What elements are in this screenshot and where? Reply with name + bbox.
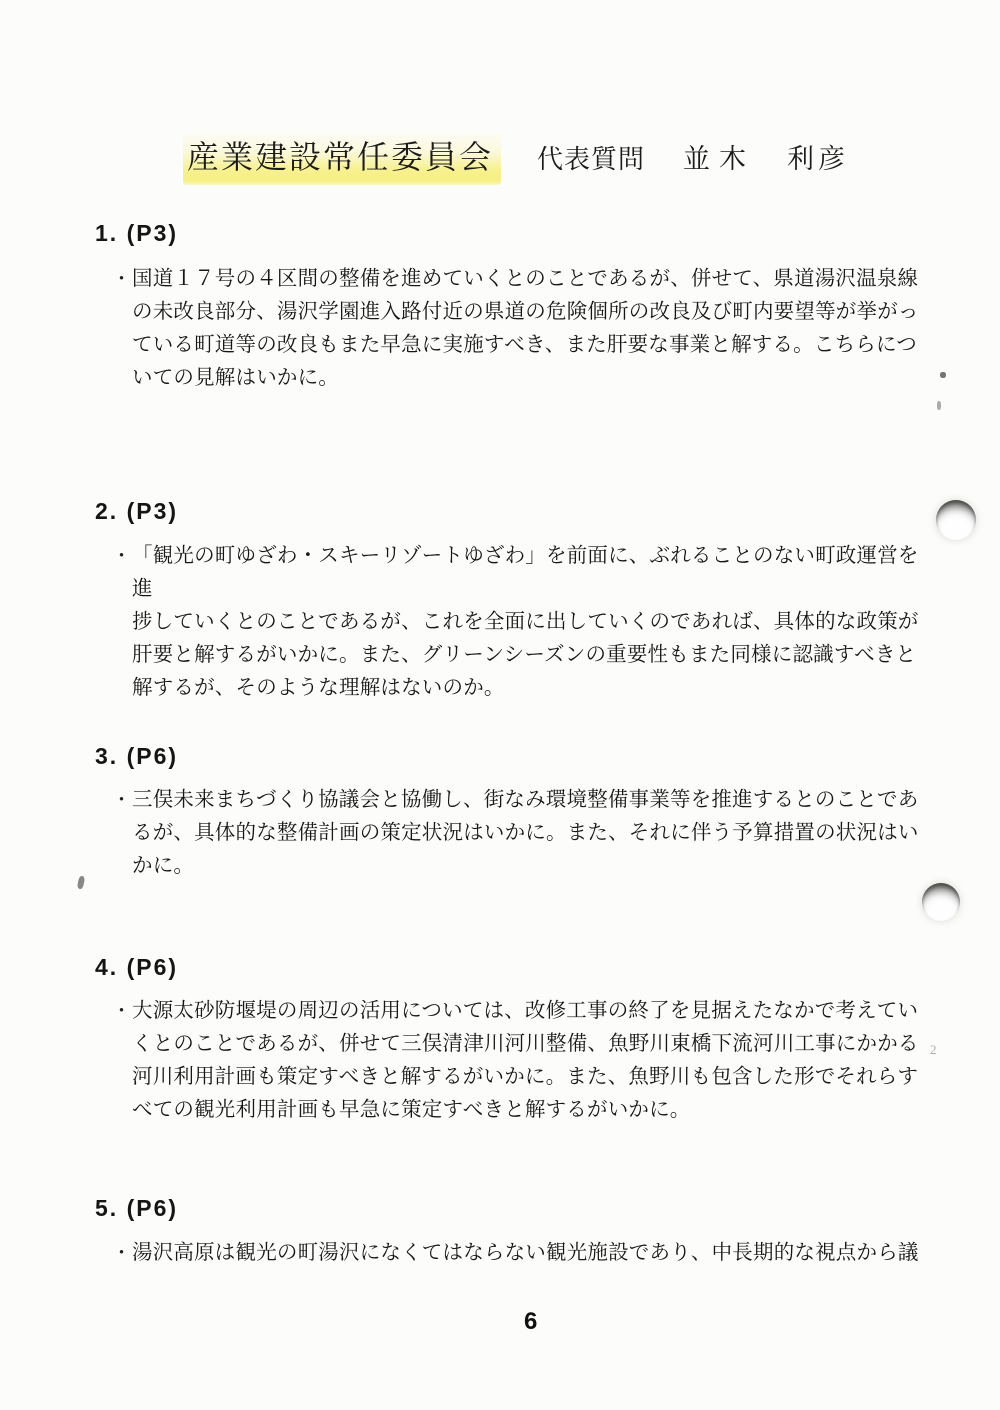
scan-speck [77, 876, 86, 890]
section-3-heading: 3. (P6) [95, 743, 178, 770]
section-2-heading: 2. (P3) [95, 498, 178, 525]
page-number: 6 [524, 1308, 537, 1336]
section-5-paragraph: ・ 湯沢高原は観光の町湯沢になくてはならない観光施設であり、中長期的な視点から議 [112, 1237, 927, 1270]
faint-margin-mark: 2 [930, 1042, 937, 1058]
section-5-heading: 5. (P6) [95, 1195, 178, 1222]
section-5-text: 湯沢高原は観光の町湯沢になくてはならない観光施設であり、中長期的な視点から議 [132, 1237, 927, 1270]
section-4-text: 大源太砂防堰堤の周辺の活用については、改修工事の終了を見据えたなかで考えてい く… [132, 995, 927, 1127]
section-3-text: 三俣未来まちづくり協議会と協働し、街なみ環境整備事業等を推進するとのことであ る… [132, 784, 927, 883]
section-4-paragraph: ・ 大源太砂防堰堤の周辺の活用については、改修工事の終了を見据えたなかで考えてい… [112, 995, 927, 1127]
bullet-marker: ・ [112, 1237, 132, 1270]
section-2-text: 「観光の町ゆざわ・スキーリゾートゆざわ」を前面に、ぶれることのない町政運営を進 … [132, 540, 927, 705]
scan-speck [940, 372, 946, 378]
question-type-label: 代表質問 [537, 139, 645, 176]
section-3-paragraph: ・ 三俣未来まちづくり協議会と協働し、街なみ環境整備事業等を推進するとのことであ… [112, 784, 927, 883]
bullet-marker: ・ [112, 784, 132, 817]
section-2-paragraph: ・ 「観光の町ゆざわ・スキーリゾートゆざわ」を前面に、ぶれることのない町政運営を… [112, 540, 927, 705]
section-1-text: 国道１７号の４区間の整備を進めていくとのことであるが、併せて、県道湯沢温泉線 の… [132, 263, 927, 395]
punch-hole-artifact [936, 500, 976, 540]
speaker-family-name: 並木 [683, 137, 755, 176]
document-header: 産業建設常任委員会 代表質問 並木 利彦 [183, 130, 849, 185]
section-4-heading: 4. (P6) [95, 954, 178, 981]
committee-title-highlighted: 産業建設常任委員会 [183, 130, 501, 185]
bullet-marker: ・ [112, 995, 132, 1028]
scan-speck [937, 401, 941, 410]
bullet-marker: ・ [112, 263, 132, 296]
scanned-document-page: 産業建設常任委員会 代表質問 並木 利彦 1. (P3) ・ 国道１７号の４区間… [0, 0, 1000, 1410]
speaker-given-name: 利彦 [787, 137, 849, 176]
section-1-paragraph: ・ 国道１７号の４区間の整備を進めていくとのことであるが、併せて、県道湯沢温泉線… [112, 263, 927, 395]
bullet-marker: ・ [112, 540, 132, 573]
punch-hole-artifact [922, 883, 960, 921]
section-1-heading: 1. (P3) [95, 220, 178, 247]
